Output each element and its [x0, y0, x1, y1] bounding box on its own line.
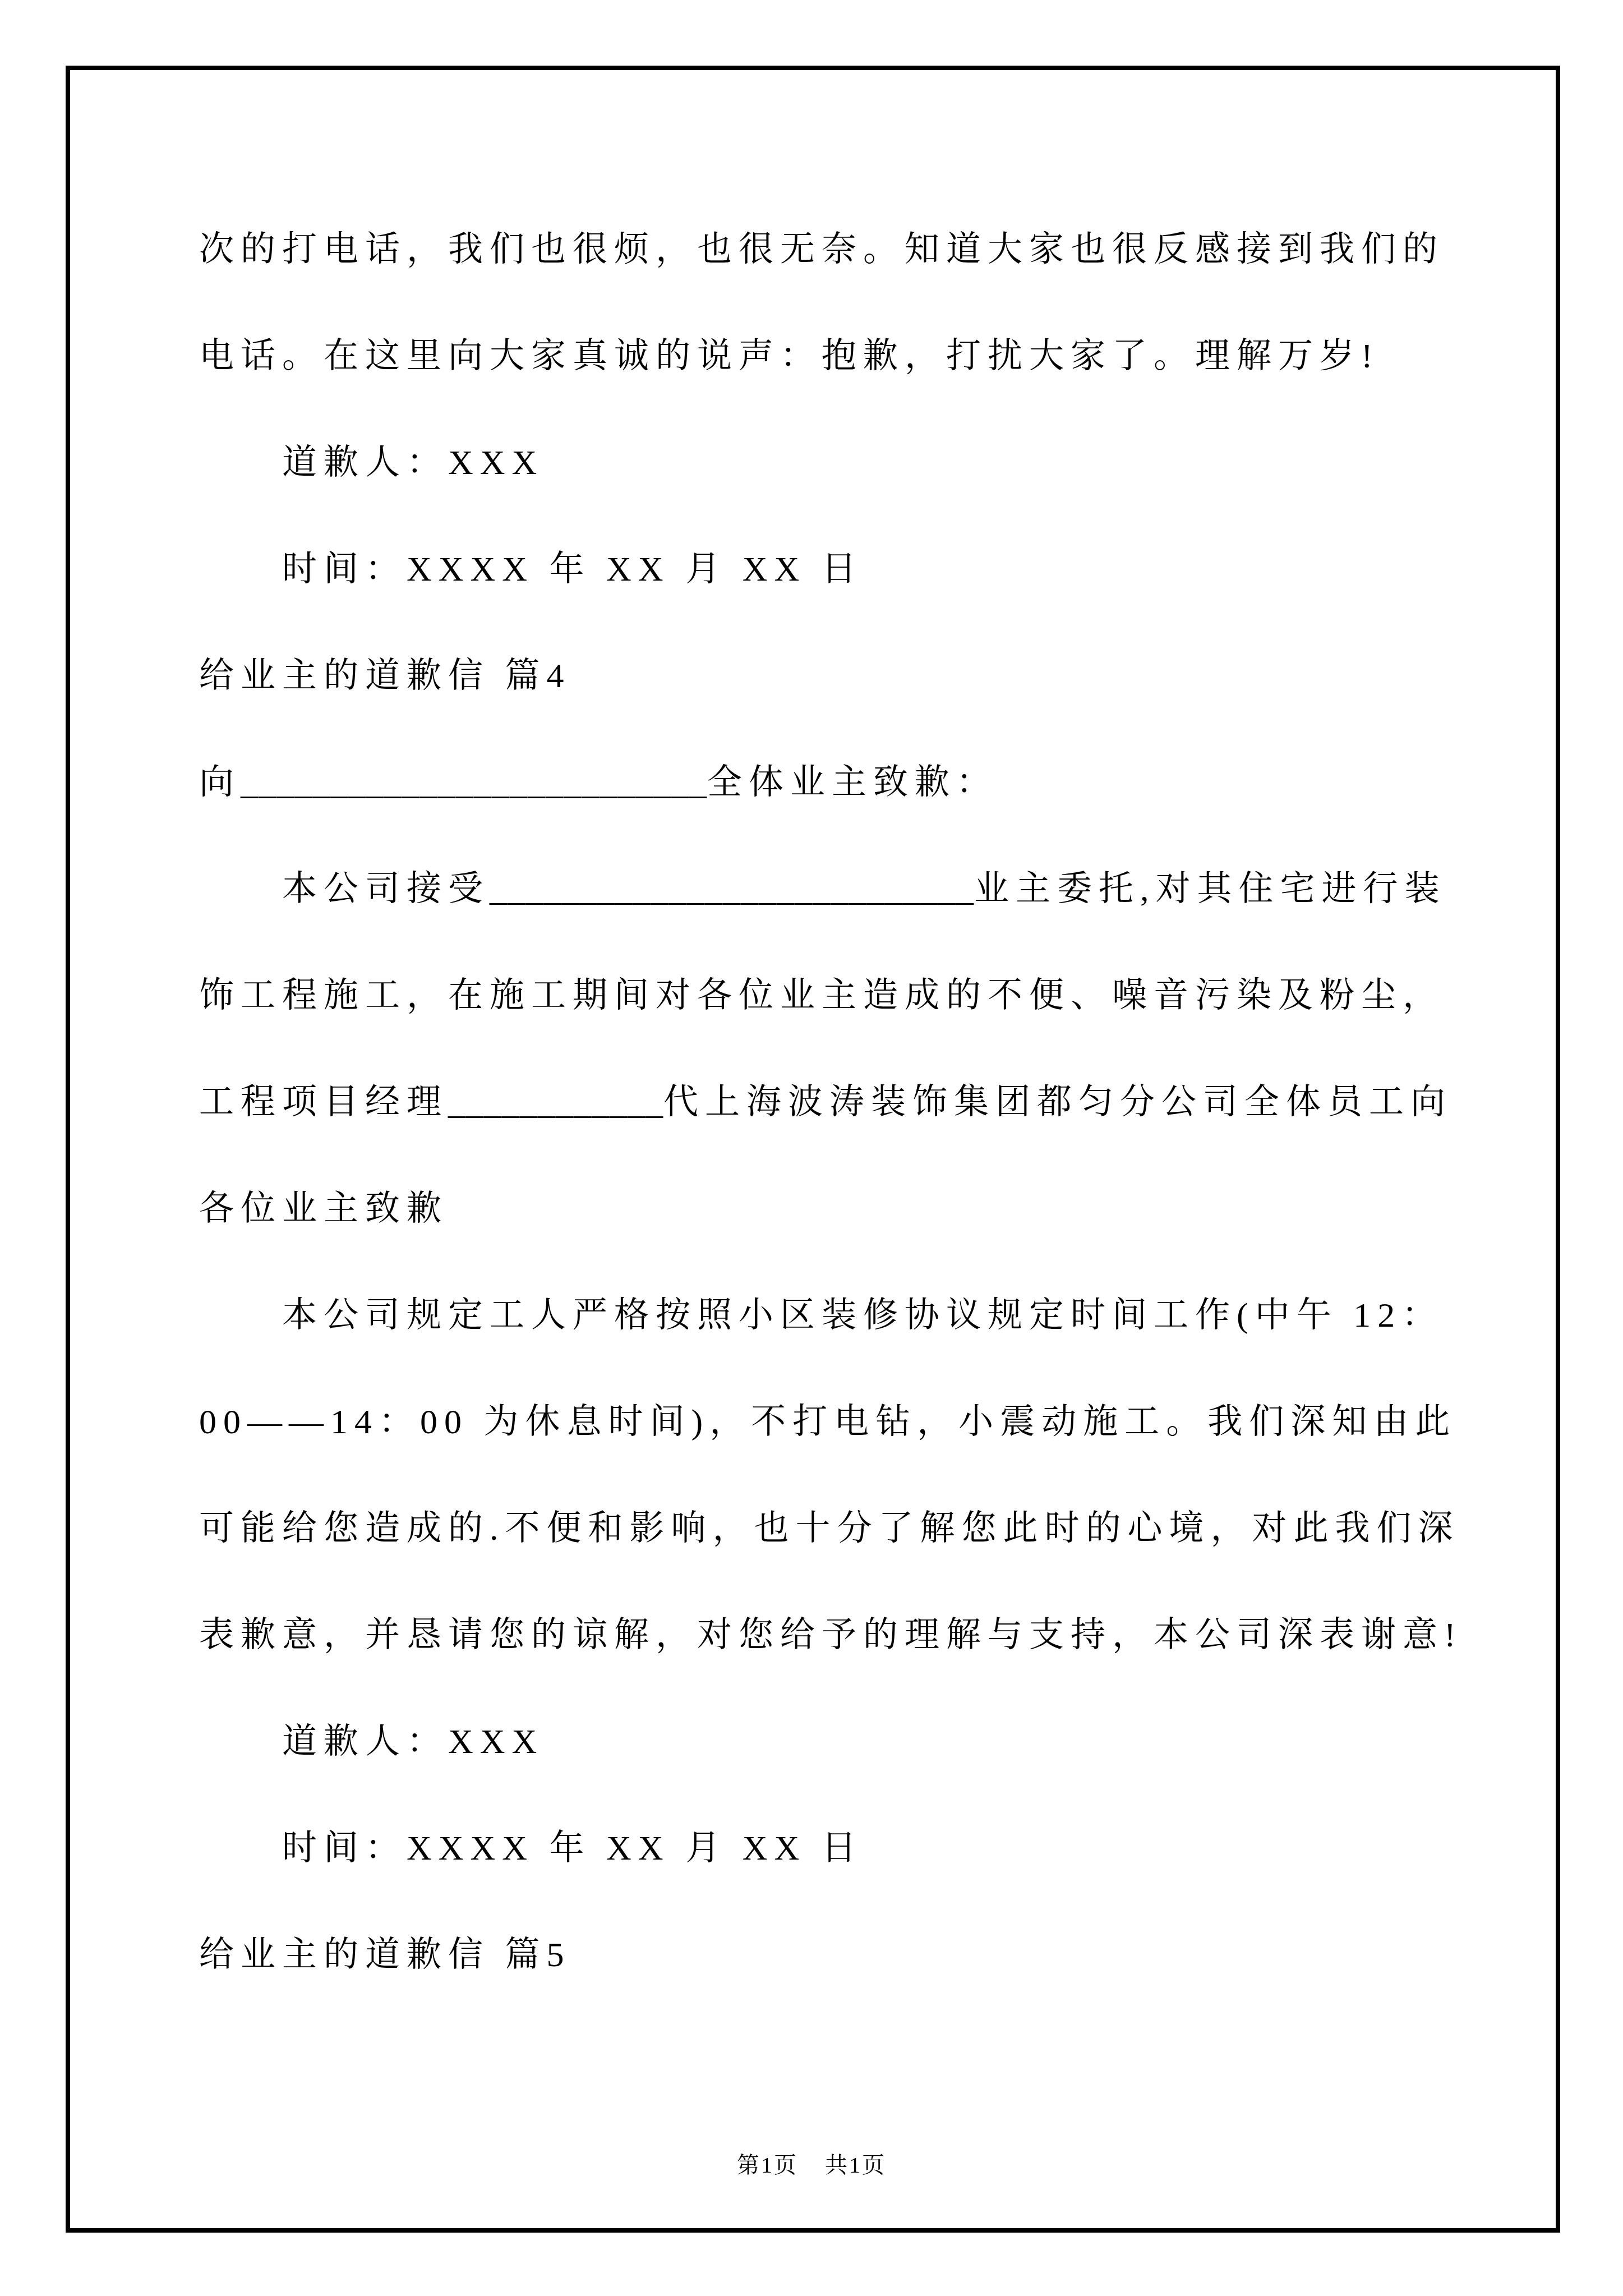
document-line: 道歉人：XXX	[199, 409, 1483, 516]
document-line: 给业主的道歉信 篇5	[199, 1902, 1483, 2008]
document-line: 本公司规定工人严格按照小区装修协议规定时间工作(中午 12：	[199, 1262, 1483, 1369]
document-line: 时间：XXXX 年 XX 月 XX 日	[199, 1795, 1483, 1902]
document-line: 饰工程施工，在施工期间对各位业主造成的不便、噪音污染及粉尘，	[199, 942, 1483, 1049]
text-segment: 饰工程施工，在施工期间对各位业主造成的不便、噪音污染及粉尘，	[199, 977, 1444, 1015]
document-line: 时间：XXXX 年 XX 月 XX 日	[199, 516, 1483, 623]
document-line: 次的打电话，我们也很烦，也很无奈。知道大家也很反感接到我们的	[199, 196, 1483, 303]
text-segment: 次的打电话，我们也很烦，也很无奈。知道大家也很反感接到我们的	[199, 231, 1444, 269]
document-line: 本公司接受___________________________业主委托,对其住…	[199, 836, 1483, 942]
page-footer: 第1页共1页	[0, 2147, 1623, 2179]
text-segment: 时间：XXXX 年 XX 月 XX 日	[282, 550, 863, 588]
document-body: 次的打电话，我们也很烦，也很无奈。知道大家也很反感接到我们的电话。在这里向大家真…	[199, 196, 1483, 2008]
page-number: 第1页	[737, 2152, 798, 2178]
blank-underline: ___________________________	[490, 870, 974, 908]
text-segment: 本公司规定工人严格按照小区装修协议规定时间工作(中午 12：	[282, 1296, 1443, 1335]
document-line: 可能给您造成的.不便和影响，也十分了解您此时的心境，对此我们深	[199, 1475, 1483, 1582]
text-segment: 本公司接受	[282, 870, 490, 908]
text-segment: 代上海波涛装饰集团都匀分公司全体员工向	[663, 1083, 1452, 1121]
document-page: 次的打电话，我们也很烦，也很无奈。知道大家也很反感接到我们的电话。在这里向大家真…	[0, 0, 1623, 2296]
text-segment: 表歉意，并恳请您的谅解，对您给予的理解与支持，本公司深表谢意!	[199, 1616, 1463, 1654]
text-segment: 给业主的道歉信 篇5	[199, 1936, 571, 1974]
document-line: 道歉人：XXX	[199, 1688, 1483, 1795]
document-line: 00——14：00 为休息时间)，不打电钻，小震动施工。我们深知由此	[199, 1369, 1483, 1475]
text-segment: 向	[199, 763, 241, 802]
document-line: 给业主的道歉信 篇4	[199, 623, 1483, 729]
text-segment: 各位业主致歉	[199, 1190, 448, 1228]
text-segment: 道歉人：XXX	[282, 444, 543, 482]
document-line: 向__________________________全体业主致歉：	[199, 729, 1483, 836]
text-segment: 可能给您造成的.不便和影响，也十分了解您此时的心境，对此我们深	[199, 1510, 1460, 1548]
text-segment: 工程项目经理	[199, 1083, 448, 1121]
blank-underline: __________________________	[241, 763, 707, 802]
text-segment: 全体业主致歉：	[707, 763, 998, 802]
text-segment: 时间：XXXX 年 XX 月 XX 日	[282, 1829, 863, 1867]
document-line: 各位业主致歉	[199, 1156, 1483, 1262]
text-segment: 电话。在这里向大家真诚的说声：抱歉，打扰大家了。理解万岁!	[199, 337, 1380, 375]
document-line: 工程项目经理____________代上海波涛装饰集团都匀分公司全体员工向	[199, 1049, 1483, 1156]
total-pages: 共1页	[825, 2152, 886, 2178]
text-segment: 00——14：00 为休息时间)，不打电钻，小震动施工。我们深知由此	[199, 1403, 1456, 1441]
text-segment: 业主委托,对其住宅进行装	[974, 870, 1446, 908]
text-segment: 给业主的道歉信 篇4	[199, 657, 571, 695]
document-line: 表歉意，并恳请您的谅解，对您给予的理解与支持，本公司深表谢意!	[199, 1582, 1483, 1688]
blank-underline: ____________	[448, 1083, 663, 1121]
text-segment: 道歉人：XXX	[282, 1723, 543, 1761]
document-line: 电话。在这里向大家真诚的说声：抱歉，打扰大家了。理解万岁!	[199, 303, 1483, 409]
